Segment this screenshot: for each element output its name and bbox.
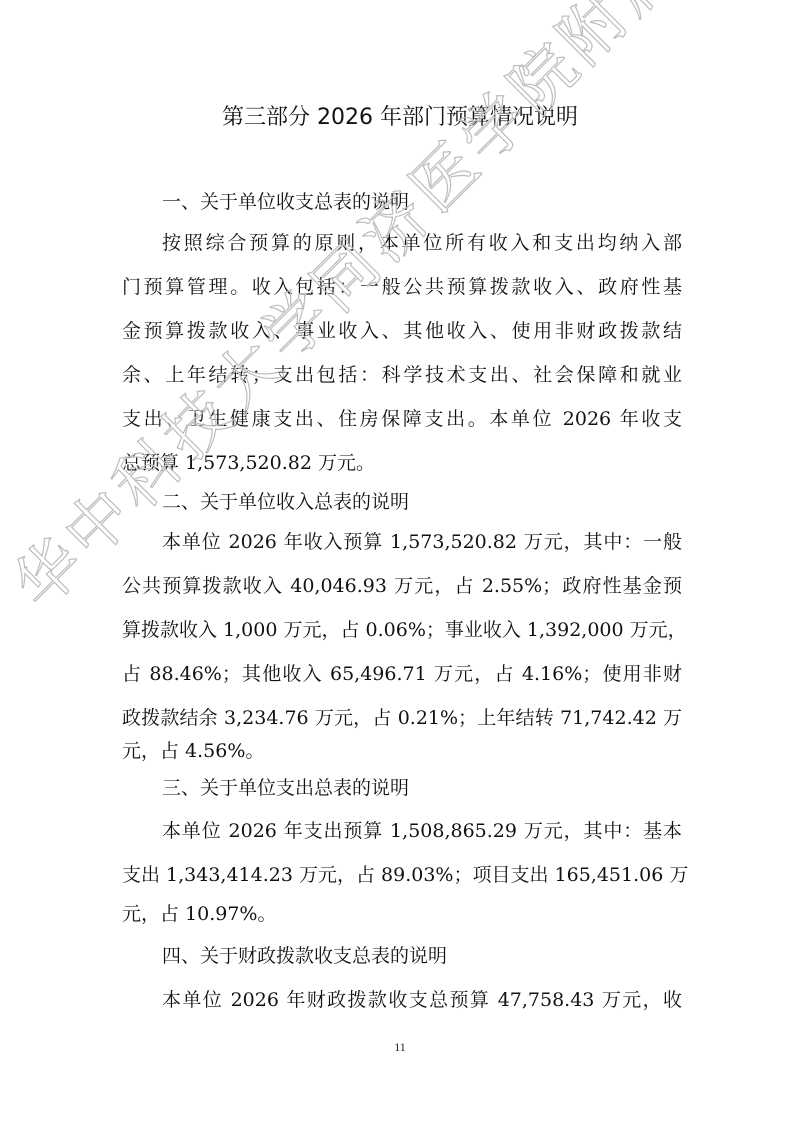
page-title: 第三部分 2026 年部门预算情况说明	[0, 102, 800, 134]
paragraph-line: 按照综合预算的原则，本单位所有收入和支出均纳入部	[162, 229, 682, 257]
paragraph-line: 本单位 2026 年支出预算 1,508,865.29 万元，其中：基本	[162, 817, 682, 845]
paragraph-line: 金预算拨款收入、事业收入、其他收入、使用非财政拨款结	[122, 317, 682, 345]
page-number: 11	[0, 1040, 800, 1055]
document-page: 第三部分 2026 年部门预算情况说明 一、关于单位收支总表的说明 按照综合预算…	[0, 0, 800, 1131]
paragraph-line: 余、上年结转；支出包括：科学技术支出、社会保障和就业	[122, 361, 682, 389]
paragraph-line: 元，占 4.56%。	[122, 737, 682, 765]
paragraph-line: 占 88.46%；其他收入 65,496.71 万元，占 4.16%；使用非财	[122, 660, 682, 688]
paragraph-line: 本单位 2026 年财政拨款收支总预算 47,758.43 万元，收	[162, 986, 682, 1014]
paragraph-line: 算拨款收入 1,000 万元，占 0.06%；事业收入 1,392,000 万元…	[122, 616, 682, 644]
section-heading-4: 四、关于财政拨款收支总表的说明	[162, 942, 447, 970]
paragraph-line: 总预算 1,573,520.82 万元。	[122, 449, 682, 477]
paragraph-line: 门预算管理。收入包括：一般公共预算拨款收入、政府性基	[122, 273, 682, 301]
paragraph-line: 支出、卫生健康支出、住房保障支出。本单位 2026 年收支	[122, 405, 682, 433]
paragraph-line: 公共预算拨款收入 40,046.93 万元，占 2.55%；政府性基金预	[122, 572, 682, 600]
paragraph-line: 政拨款结余 3,234.76 万元，占 0.21%；上年结转 71,742.42…	[122, 704, 682, 732]
paragraph-line: 支出 1,343,414.23 万元，占 89.03%；项目支出 165,451…	[122, 861, 682, 889]
paragraph-line: 本单位 2026 年收入预算 1,573,520.82 万元，其中：一般	[162, 528, 682, 556]
paragraph-line: 元，占 10.97%。	[122, 900, 682, 928]
section-heading-3: 三、关于单位支出总表的说明	[162, 774, 409, 802]
section-heading-1: 一、关于单位收支总表的说明	[162, 188, 409, 216]
section-heading-2: 二、关于单位收入总表的说明	[162, 488, 409, 516]
